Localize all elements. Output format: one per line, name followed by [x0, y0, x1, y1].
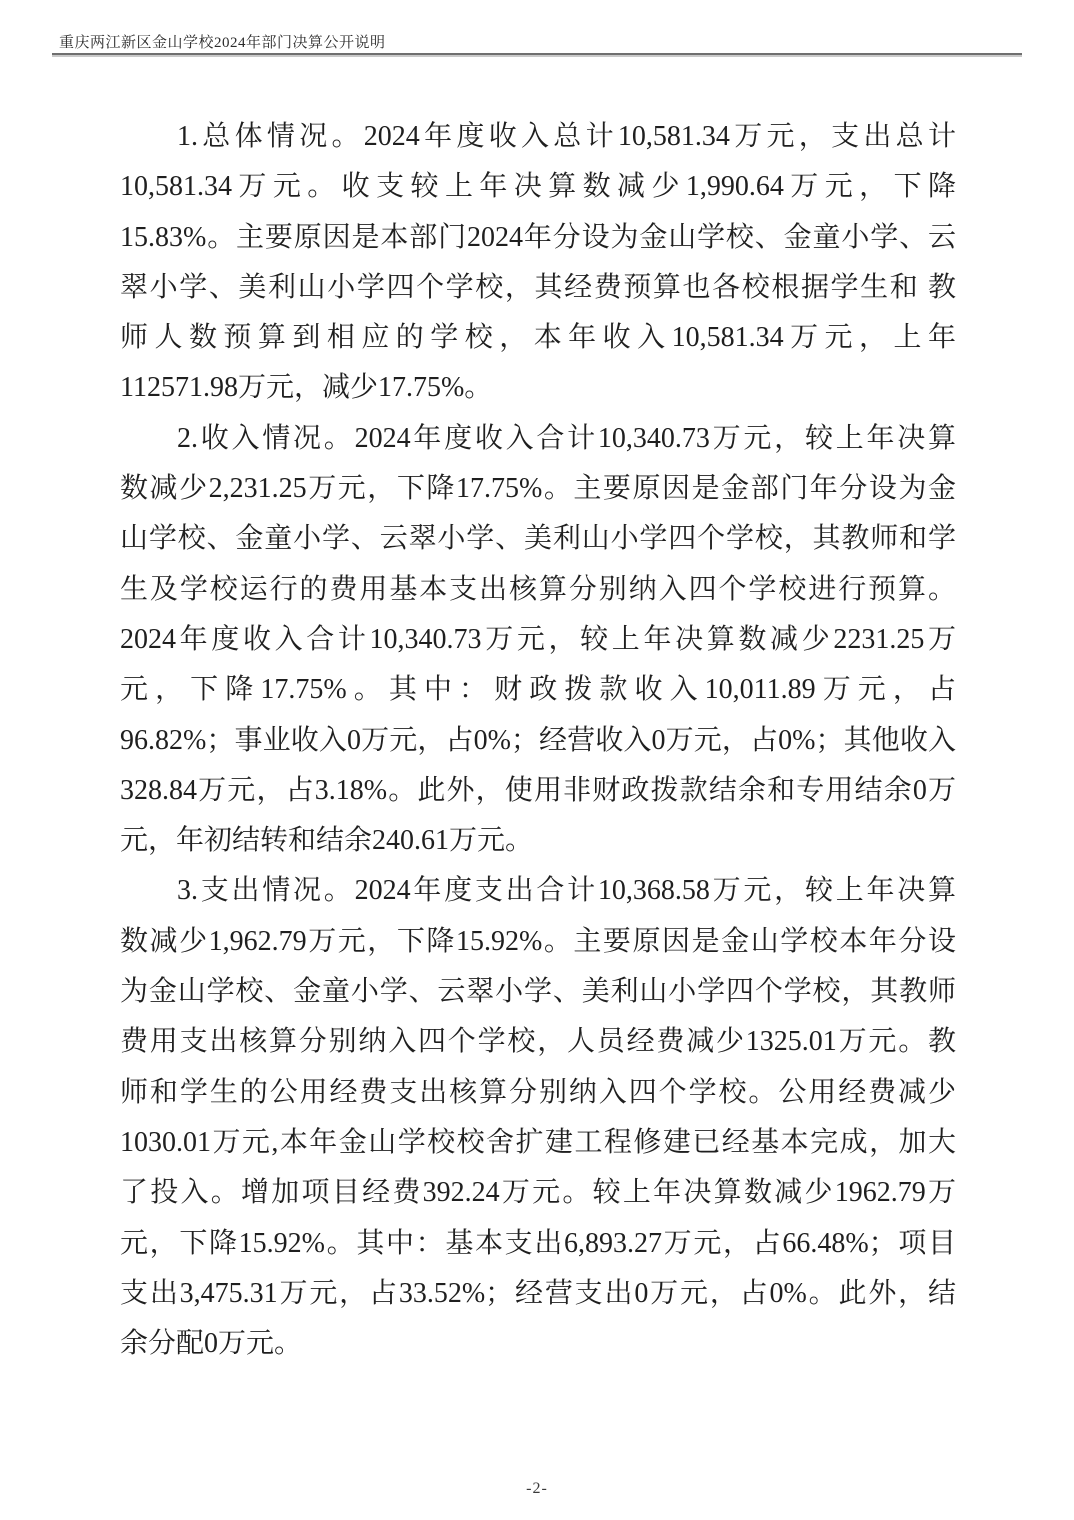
document-page: 重庆两江新区金山学校2024年部门决算公开说明 1.总体情况。2024年度收入总… [0, 0, 1074, 1520]
text-line: 费用支出核算分别纳入四个学校，人员经费减少1325.01万元。教 [120, 1017, 956, 1067]
text-line: 生及学校运行的费用基本支出核算分别纳入四个学校进行预算。 [120, 565, 956, 615]
document-body: 1.总体情况。2024年度收入总计10,581.34万元，支出总计10,581.… [120, 112, 956, 1369]
text-line: 1030.01万元,本年金山学校校舍扩建工程修建已经基本完成，加大 [120, 1118, 956, 1168]
text-line: 3.支出情况。2024年度支出合计10,368.58万元，较上年决算 [120, 866, 956, 916]
text-line: 2.收入情况。2024年度收入合计10,340.73万元，较上年决算 [120, 414, 956, 464]
text-line: 元，年初结转和结余240.61万元。 [120, 816, 956, 866]
text-line: 2024年度收入合计10,340.73万元，较上年决算数减少2231.25万 [120, 615, 956, 665]
text-line: 师和学生的公用经费支出核算分别纳入四个学校。公用经费减少 [120, 1068, 956, 1118]
page-footer: -2- [0, 1480, 1074, 1498]
text-line: 112571.98万元，减少17.75%。 [120, 363, 956, 413]
text-line: 支出3,475.31万元，占33.52%；经营支出0万元，占0%。此外，结 [120, 1269, 956, 1319]
text-line: 数减少1,962.79万元，下降15.92%。主要原因是金山学校本年分设 [120, 917, 956, 967]
text-line: 10,581.34万元。收支较上年决算数减少1,990.64万元，下降 [120, 162, 956, 212]
text-line: 山学校、金童小学、云翠小学、美利山小学四个学校，其教师和学 [120, 514, 956, 564]
text-line: 15.83%。主要原因是本部门2024年分设为金山学校、金童小学、云 [120, 213, 956, 263]
text-line: 328.84万元，占3.18%。此外，使用非财政拨款结余和专用结余0万 [120, 766, 956, 816]
text-line: 师人数预算到相应的学校，本年收入10,581.34万元，上年 [120, 313, 956, 363]
text-line: 数减少2,231.25万元，下降17.75%。主要原因是金部门年分设为金 [120, 464, 956, 514]
text-line: 翠小学、美利山小学四个学校，其经费预算也各校根据学生和 教 [120, 263, 956, 313]
text-line: 1.总体情况。2024年度收入总计10,581.34万元，支出总计 [120, 112, 956, 162]
header-rule [52, 53, 1022, 55]
page-number: -2- [526, 1480, 548, 1497]
text-line: 元，下降15.92%。其中：基本支出6,893.27万元，占66.48%；项目 [120, 1219, 956, 1269]
text-line: 余分配0万元。 [120, 1319, 956, 1369]
text-line: 元，下降17.75%。其中：财政拨款收入10,011.89万元，占 [120, 665, 956, 715]
text-line: 了投入。增加项目经费392.24万元。较上年决算数减少1962.79万 [120, 1168, 956, 1218]
header-title: 重庆两江新区金山学校2024年部门决算公开说明 [59, 31, 386, 52]
text-line: 96.82%；事业收入0万元，占0%；经营收入0万元，占0%；其他收入 [120, 716, 956, 766]
text-line: 为金山学校、金童小学、云翠小学、美利山小学四个学校，其教师 [120, 967, 956, 1017]
